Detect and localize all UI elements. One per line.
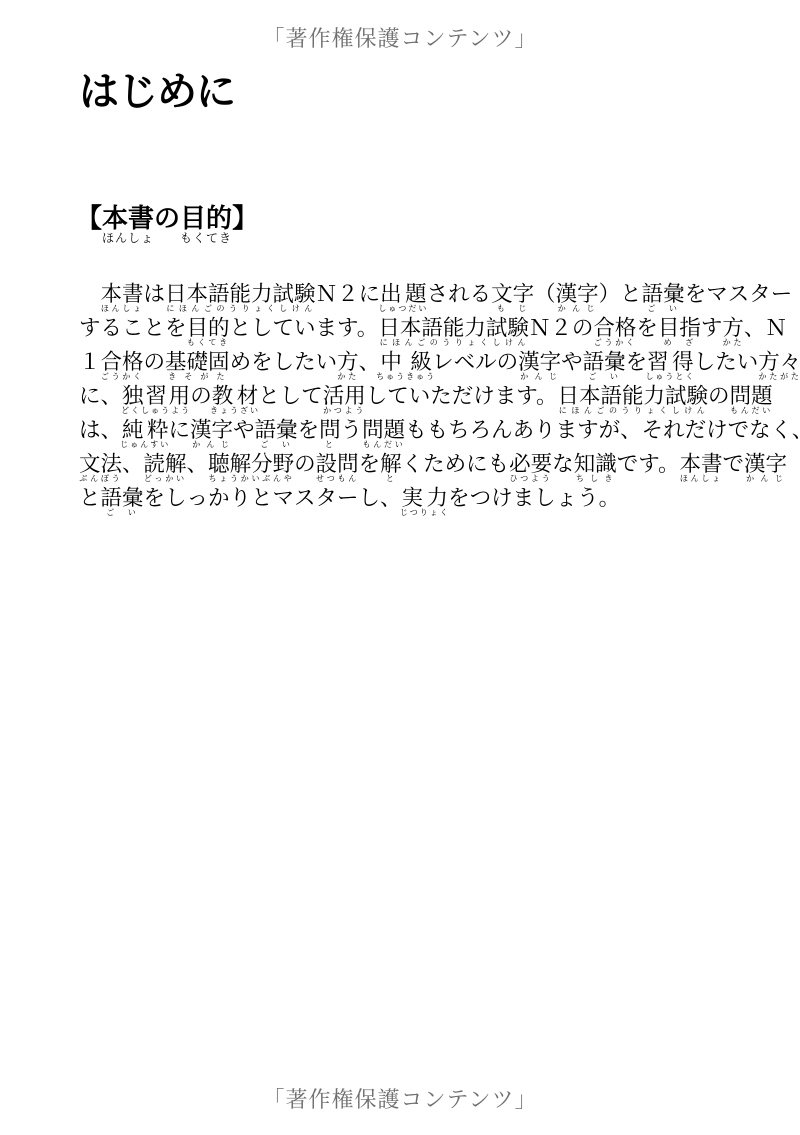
ruby-word: 方かた <box>337 350 359 375</box>
furigana: ごうかく <box>593 338 636 347</box>
body-line-2: することを目的もくてきとしています。日本語能力試験にほんごのうりょくしけんＮ２の… <box>79 316 787 346</box>
text-segment: の <box>190 384 212 409</box>
watermark-top: 「著作権保護コンテンツ」 <box>0 22 800 53</box>
body-line-6: 文法ぶんぽう、読解どっかい、聴解分野ちょうかいぶんやの設問せつもんを解とくために… <box>79 452 787 482</box>
furigana: じゅんすい <box>120 440 170 449</box>
ruby-word: 本書ほんしょ <box>679 452 722 477</box>
furigana: かんじ <box>518 372 561 381</box>
text-segment: １ <box>79 350 101 375</box>
text-segment: ももちろんありますが、それだけでなく、 <box>405 418 800 443</box>
furigana: ごい <box>101 508 144 517</box>
text-segment: （ <box>534 282 556 307</box>
ruby-word: 日本語能力試験にほんごのうりょくしけん <box>165 282 316 307</box>
text-segment: に <box>169 418 191 443</box>
ruby-word: 方かた <box>722 316 744 341</box>
furigana: ごい <box>642 304 685 313</box>
text-segment: 【 <box>76 204 102 234</box>
ruby-word: 文法ぶんぽう <box>79 452 122 477</box>
body-line-7: と語彙ごいをしっかりとマスターし、実力じつりょくをつけましょう。 <box>79 486 620 516</box>
text-segment: や <box>561 350 583 375</box>
furigana: ちょうかいぶんや <box>208 474 294 483</box>
furigana: もじ <box>491 304 534 313</box>
text-segment: な <box>552 452 574 477</box>
furigana: どくしゅうよう <box>121 406 191 415</box>
furigana: もくてき <box>180 231 232 245</box>
text-segment: をつけましょう。 <box>448 486 620 511</box>
furigana: ほんしょ <box>102 231 154 245</box>
text-segment: や <box>233 418 255 443</box>
text-segment: 、Ｎ <box>744 316 787 341</box>
ruby-word: 漢字かんじ <box>190 418 233 443</box>
ruby-word: 教材きょうざい <box>212 384 259 409</box>
furigana: しゅうとく <box>645 372 695 381</box>
text-segment: 】 <box>232 204 258 234</box>
ruby-word: 語彙ごい <box>255 418 298 443</box>
text-segment: Ｎ２の <box>529 316 594 341</box>
furigana: きそがた <box>165 372 230 381</box>
text-segment: していただけます。 <box>366 384 558 409</box>
furigana: と <box>380 474 402 483</box>
furigana: ちしき <box>574 474 617 483</box>
text-segment: は、 <box>79 418 122 443</box>
text-segment: することを <box>79 316 187 341</box>
furigana: めざ <box>658 338 701 347</box>
ruby-word: 合格ごうかく <box>101 350 144 375</box>
text-segment: う <box>341 418 363 443</box>
furigana: きょうざい <box>210 406 260 415</box>
ruby-word: 語彙ごい <box>101 486 144 511</box>
ruby-word: 読解どっかい <box>144 452 187 477</box>
furigana: せつもん <box>316 474 359 483</box>
ruby-word: 解と <box>380 452 402 477</box>
furigana: ほんしょ <box>679 474 722 483</box>
text-segment: の <box>708 384 730 409</box>
ruby-word: 語彙ごい <box>583 350 626 375</box>
text-segment: です。 <box>617 452 680 477</box>
furigana: かんじ <box>744 474 787 483</box>
text-segment: を <box>359 452 381 477</box>
text-segment: と <box>79 486 101 511</box>
ruby-word: 目指めざ <box>658 316 701 341</box>
furigana: ほんしょ <box>101 304 144 313</box>
ruby-word: 活用かつよう <box>323 384 366 409</box>
furigana: じつりょく <box>400 508 450 517</box>
ruby-word: 漢字かんじ <box>744 452 787 477</box>
ruby-word: 知識ちしき <box>574 452 617 477</box>
text-segment <box>79 282 101 307</box>
text-segment: を <box>298 418 320 443</box>
text-segment: 、 <box>122 452 144 477</box>
ruby-word: 本書ほんしょ <box>102 204 154 234</box>
furigana: にほんごのうりょくしけん <box>378 338 529 347</box>
watermark-bottom: 「著作権保護コンテンツ」 <box>0 1083 800 1114</box>
ruby-word: 目的もくてき <box>180 204 232 234</box>
ruby-word: 本書ほんしょ <box>101 282 144 307</box>
furigana: と <box>319 440 341 449</box>
furigana: かんじ <box>556 304 599 313</box>
ruby-word: 基礎固きそがた <box>165 350 230 375</box>
section-heading: 【本書ほんしょの目的もくてき】 <box>76 198 258 244</box>
ruby-word: 独習用どくしゅうよう <box>122 384 190 409</box>
ruby-word: 問題もんだい <box>730 384 773 409</box>
text-segment: をマスター <box>685 282 793 307</box>
furigana: ごい <box>255 440 298 449</box>
text-segment: の <box>294 452 316 477</box>
ruby-word: 聴解分野ちょうかいぶんや <box>208 452 294 477</box>
furigana: もんだい <box>362 440 405 449</box>
furigana: ぶんぽう <box>79 474 122 483</box>
furigana: もくてき <box>187 338 230 347</box>
body-line-1: 本書ほんしょは日本語能力試験にほんごのうりょくしけんＮ２に出題しゅつだいされる文… <box>79 282 792 312</box>
body-line-4: に、独習用どくしゅうようの教材きょうざいとして活用かつようしていただけます。日本… <box>79 384 773 414</box>
text-segment: としています。 <box>230 316 379 341</box>
text-segment: レベルの <box>432 350 518 375</box>
furigana: にほんごのうりょくしけん <box>558 406 709 415</box>
furigana: かつよう <box>323 406 366 415</box>
text-segment: 、 <box>187 452 209 477</box>
furigana: ごい <box>583 372 626 381</box>
ruby-word: 合格ごうかく <box>593 316 636 341</box>
text-segment: を <box>626 350 648 375</box>
ruby-word: 出題しゅつだい <box>380 282 427 307</box>
ruby-word: 漢字かんじ <box>518 350 561 375</box>
furigana: ひつよう <box>509 474 552 483</box>
text-segment: Ｎ２に <box>316 282 381 307</box>
ruby-word: 中級ちゅうきゅう <box>380 350 432 375</box>
ruby-word: 実力じつりょく <box>402 486 449 511</box>
text-segment: に、 <box>79 384 122 409</box>
text-segment: を <box>636 316 658 341</box>
furigana: かんじ <box>190 440 233 449</box>
furigana: にほんごのうりょくしけん <box>165 304 316 313</box>
furigana: どっかい <box>144 474 187 483</box>
text-segment: ）と <box>599 282 642 307</box>
text-segment: す <box>701 316 723 341</box>
body-line-5: は、純粋じゅんすいに漢字かんじや語彙ごいを問とう問題もんだいももちろんありますが… <box>79 418 800 448</box>
ruby-word: 問と <box>319 418 341 443</box>
furigana: かたがた <box>758 372 800 381</box>
furigana: ごうかく <box>101 372 144 381</box>
text-segment: めをしたい <box>230 350 338 375</box>
text-segment: をしっかりとマスターし、 <box>144 486 402 511</box>
ruby-word: 習得しゅうとく <box>647 350 694 375</box>
ruby-word: 漢字かんじ <box>556 282 599 307</box>
body-line-3: １合格ごうかくの基礎固きそがためをしたい方かた、中級ちゅうきゅうレベルの漢字かん… <box>79 350 800 380</box>
ruby-word: 設問せつもん <box>316 452 359 477</box>
ruby-word: 純粋じゅんすい <box>122 418 169 443</box>
ruby-word: 日本語能力試験にほんごのうりょくしけん <box>378 316 529 341</box>
ruby-word: 日本語能力試験にほんごのうりょくしけん <box>558 384 709 409</box>
furigana: かた <box>722 338 744 347</box>
text-segment: したい <box>694 350 759 375</box>
text-segment: で <box>723 452 745 477</box>
text-segment: の <box>154 204 180 234</box>
page-title: はじめに <box>79 60 235 117</box>
text-segment: される <box>427 282 492 307</box>
ruby-word: 文字もじ <box>491 282 534 307</box>
text-segment: は <box>144 282 166 307</box>
ruby-word: 目的もくてき <box>187 316 230 341</box>
ruby-word: 語彙ごい <box>642 282 685 307</box>
ruby-word: 必要ひつよう <box>509 452 552 477</box>
furigana: しゅつだい <box>378 304 428 313</box>
text-segment: の <box>144 350 166 375</box>
furigana: ちゅうきゅう <box>376 372 436 381</box>
furigana: かた <box>337 372 359 381</box>
ruby-word: 問題もんだい <box>362 418 405 443</box>
text-segment: くためにも <box>402 452 510 477</box>
furigana: もんだい <box>730 406 773 415</box>
text-segment: として <box>258 384 323 409</box>
ruby-word: 方々かたがた <box>758 350 800 375</box>
